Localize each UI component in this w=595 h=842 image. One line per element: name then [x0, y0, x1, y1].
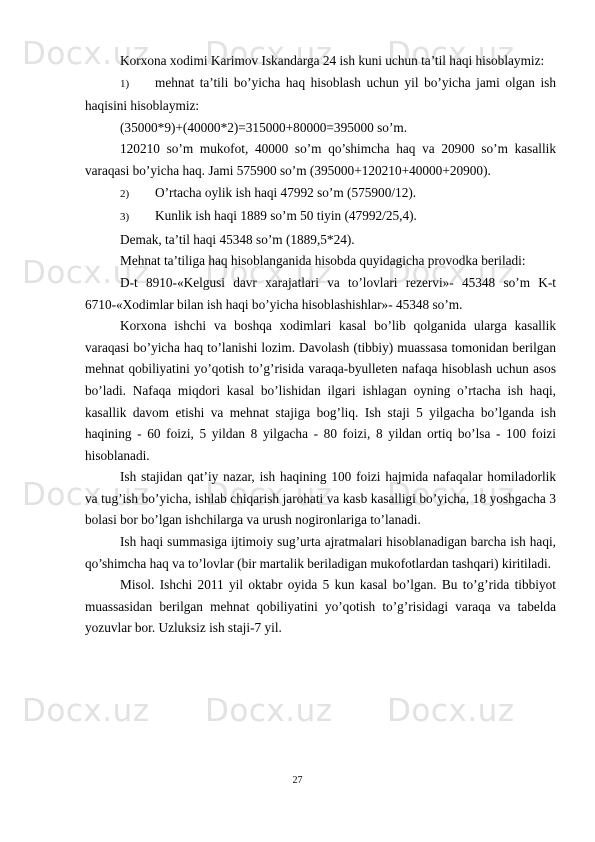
- paragraph: Ish stajidan qat’iy nazar, ish haqining …: [85, 466, 556, 531]
- paragraph: Ish haqi summasiga ijtimoiy sug’urta ajr…: [85, 531, 556, 574]
- paragraph: (35000*9)+(40000*2)=315000+80000=395000 …: [85, 117, 556, 139]
- list-number: 1): [120, 74, 155, 96]
- paragraph: Korxona ishchi va boshqa xodimlari kasal…: [85, 315, 556, 466]
- list-number: 3): [120, 207, 155, 229]
- watermark: Docx.uz: [205, 693, 333, 729]
- watermark-row: Docx.uz Docx.uz Docx.uz: [0, 693, 595, 723]
- paragraph: 120210 so’m mukofot, 40000 so’m qo’shimc…: [85, 138, 556, 181]
- paragraph: D-t 8910-«Kelgusi davr xarajatlari va to…: [85, 272, 556, 315]
- document-page: Docx.uz Docx.uz Docx.uz Docx.uz Docx.uz …: [0, 0, 595, 842]
- paragraph: Misol. Ishchi 2011 yil oktabr oyida 5 ku…: [85, 574, 556, 639]
- paragraph: Korxona xodimi Karimov Iskandarga 24 ish…: [85, 50, 556, 72]
- page-number: 27: [0, 775, 595, 786]
- list-number: 2): [120, 184, 155, 206]
- paragraph: 2)O’rtacha oylik ish haqi 47992 so’m (57…: [85, 182, 556, 206]
- watermark: Docx.uz: [387, 693, 515, 729]
- paragraph-text: mehnat ta’tili bo’yicha haq hisoblash uc…: [85, 75, 556, 114]
- paragraph: Mehnat ta’tiliga haq hisoblanganida hiso…: [85, 250, 556, 272]
- paragraph: 3)Kunlik ish haqi 1889 so’m 50 tiyin (47…: [85, 205, 556, 229]
- paragraph-text: O’rtacha oylik ish haqi 47992 so’m (5759…: [155, 185, 416, 200]
- document-body: Korxona xodimi Karimov Iskandarga 24 ish…: [85, 50, 556, 639]
- paragraph-text: Kunlik ish haqi 1889 so’m 50 tiyin (4799…: [155, 208, 417, 223]
- watermark: Docx.uz: [22, 693, 150, 729]
- paragraph: Demak, ta’til haqi 45348 so’m (1889,5*24…: [85, 229, 556, 251]
- paragraph: 1)mehnat ta’tili bo’yicha haq hisoblash …: [85, 72, 556, 117]
